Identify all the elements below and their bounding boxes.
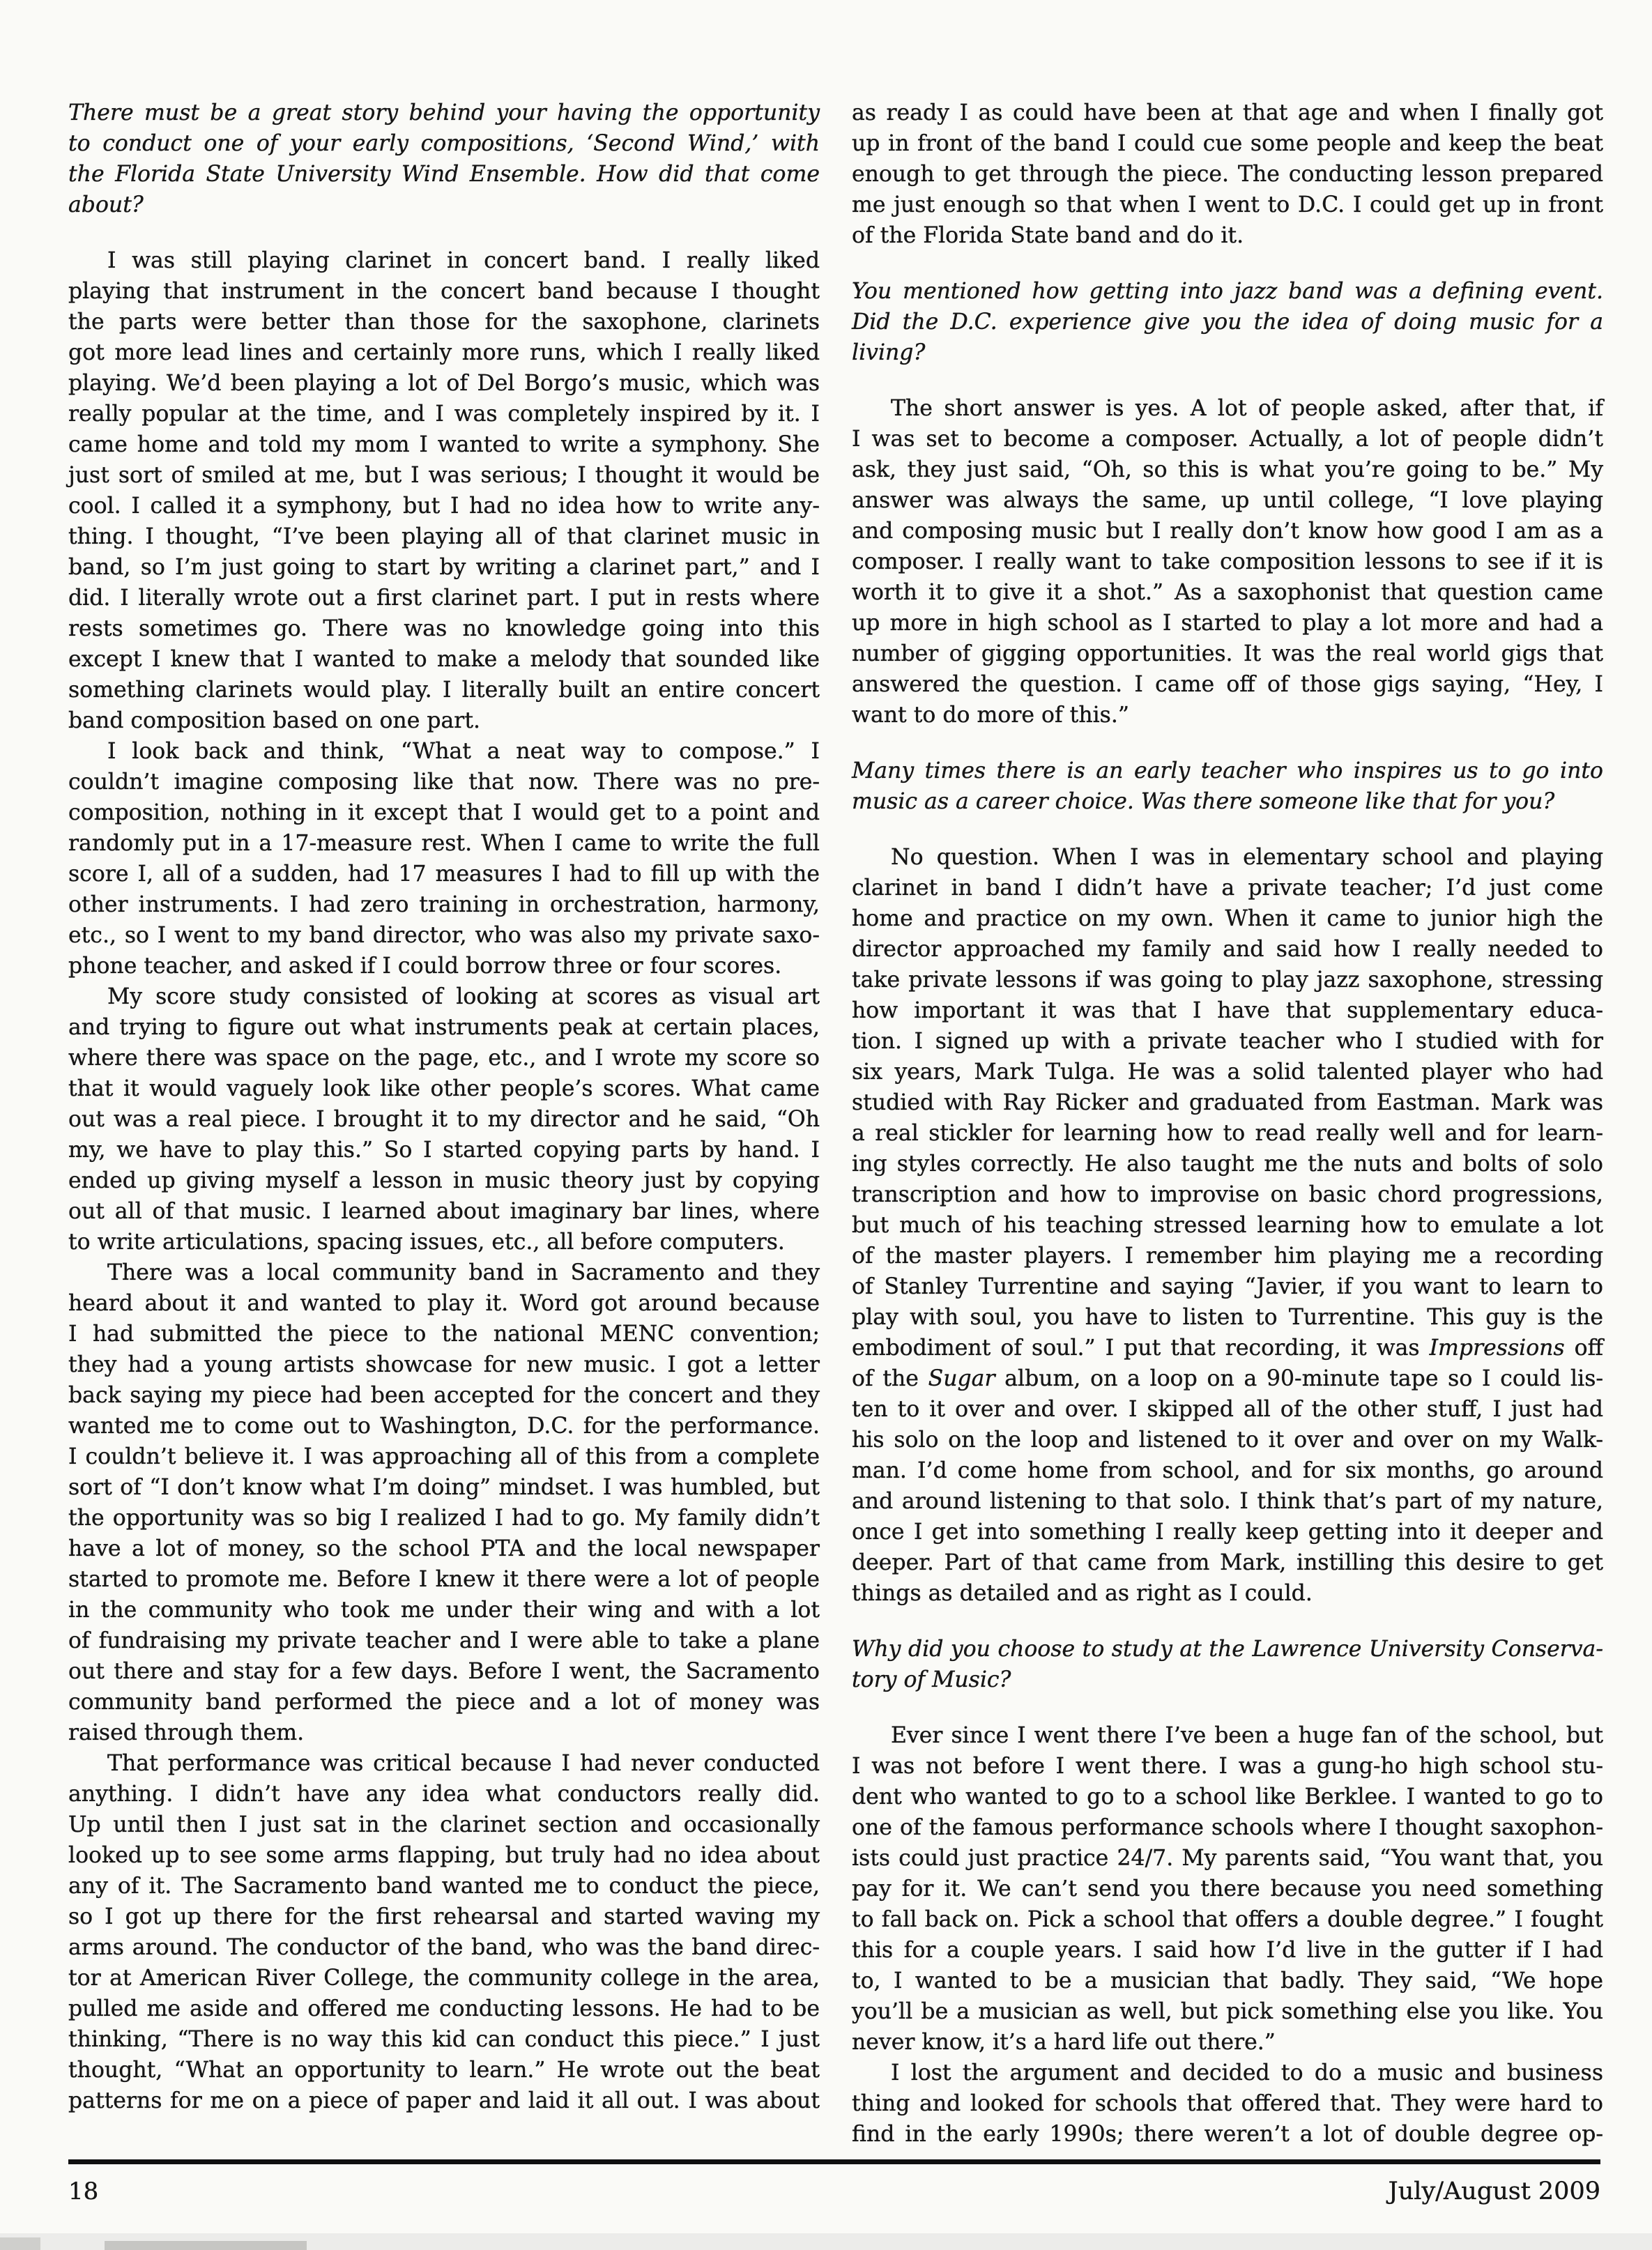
- text-line: rests sometimes go. There was no knowled…: [68, 613, 820, 644]
- text-line: how important it was that I have that su…: [852, 995, 1603, 1026]
- text-line: Ever since I went there I’ve been a huge…: [852, 1720, 1603, 1751]
- text-line: ing styles correctly. He also taught me …: [852, 1149, 1603, 1179]
- text-line: There was a local community band in Sacr…: [68, 1257, 820, 1288]
- text-line: The short answer is yes. A lot of people…: [852, 393, 1603, 424]
- text-line: music as a career choice. Was there some…: [852, 786, 1603, 817]
- text-line: thought, “What an opportunity to learn.”…: [68, 2055, 820, 2086]
- text-line: heard about it and wanted to play it. Wo…: [68, 1288, 820, 1319]
- text-line: ists could just practice 24/7. My parent…: [852, 1843, 1603, 1874]
- text-line: about?: [68, 190, 820, 220]
- text-line: There must be a great story behind your …: [68, 98, 820, 128]
- text-line: in the community who took me under their…: [68, 1595, 820, 1625]
- text-line: Up until then I just sat in the clarinet…: [68, 1809, 820, 1840]
- footer-rule: [68, 2159, 1600, 2164]
- text-line: and composing music but I really don’t k…: [852, 516, 1603, 546]
- interview-answer: That performance was critical because I …: [68, 1748, 820, 2116]
- text-line: to write articulations, spacing issues, …: [68, 1227, 820, 1257]
- interview-question: You mentioned how getting into jazz band…: [852, 276, 1603, 368]
- text-line: something clarinets would play. I litera…: [68, 675, 820, 705]
- interview-question: Many times there is an early teacher who…: [852, 756, 1603, 817]
- text-line: pulled me aside and offered me conductin…: [68, 1993, 820, 2024]
- text-line: living?: [852, 337, 1603, 368]
- text-line: composition, nothing in it except that I…: [68, 797, 820, 828]
- text-line: his solo on the loop and listened to it …: [852, 1425, 1603, 1455]
- text-line: they had a young artists showcase for ne…: [68, 1349, 820, 1380]
- interview-question: Why did you choose to study at the Lawre…: [852, 1634, 1603, 1695]
- text-line: the parts were better than those for the…: [68, 307, 820, 337]
- text-line: I look back and think, “What a neat way …: [68, 736, 820, 767]
- text-line: You mentioned how getting into jazz band…: [852, 276, 1603, 307]
- text-line: I had submitted the piece to the nationa…: [68, 1319, 820, 1349]
- text-line: got more lead lines and certainly more r…: [68, 337, 820, 368]
- text-line: thing and looked for schools that offere…: [852, 2088, 1603, 2119]
- footer-page-number: 18: [68, 2176, 98, 2207]
- footer-issue-date: July/August 2009: [1389, 2176, 1600, 2207]
- text-line: did. I literally wrote out a first clari…: [68, 583, 820, 613]
- text-line: out all of that music. I learned about i…: [68, 1196, 820, 1227]
- text-line: phone teacher, and asked if I could borr…: [68, 951, 820, 981]
- text-line: embodiment of soul.” I put that recordin…: [852, 1333, 1603, 1363]
- text-line: you’ll be a musician as well, but pick s…: [852, 1996, 1603, 2027]
- interview-answer: I was still playing clarinet in concert …: [68, 245, 820, 736]
- text-line: of fundraising my private teacher and I …: [68, 1625, 820, 1656]
- text-line: couldn’t imagine composing like that now…: [68, 767, 820, 797]
- text-line: one of the famous performance schools wh…: [852, 1812, 1603, 1843]
- text-line: enough to get through the piece. The con…: [852, 159, 1603, 190]
- text-line: band, so I’m just going to start by writ…: [68, 552, 820, 583]
- interview-answer: My score study consisted of looking at s…: [68, 981, 820, 1257]
- interview-answer: No question. When I was in elementary sc…: [852, 842, 1603, 1609]
- interview-answer: I lost the argument and decided to do a …: [852, 2058, 1603, 2150]
- text-line: transcription and how to improvise on ba…: [852, 1179, 1603, 1210]
- scan-artifact-smudge: [105, 2241, 307, 2250]
- text-line: back saying my piece had been accepted f…: [68, 1380, 820, 1411]
- text-line: to, I wanted to be a musician that badly…: [852, 1966, 1603, 1996]
- text-line: once I get into something I really keep …: [852, 1517, 1603, 1547]
- text-line: My score study consisted of looking at s…: [68, 981, 820, 1012]
- text-line: any of it. The Sacramento band wanted me…: [68, 1871, 820, 1901]
- text-line: patterns for me on a piece of paper and …: [68, 2086, 820, 2116]
- text-line: tion. I signed up with a private teacher…: [852, 1026, 1603, 1057]
- text-line: randomly put in a 17-measure rest. When …: [68, 828, 820, 859]
- text-line: worth it to give it a shot.” As a saxoph…: [852, 577, 1603, 608]
- interview-answer: There was a local community band in Sacr…: [68, 1257, 820, 1748]
- text-line: playing that instrument in the concert b…: [68, 276, 820, 307]
- text-line: pay for it. We can’t send you there beca…: [852, 1874, 1603, 1904]
- text-line: band composition based on one part.: [68, 705, 820, 736]
- text-line: arms around. The conductor of the band, …: [68, 1932, 820, 1963]
- text-line: of the Florida State band and do it.: [852, 220, 1603, 251]
- text-line: up more in high school as I started to p…: [852, 608, 1603, 638]
- text-line: score I, all of a sudden, had 17 measure…: [68, 859, 820, 889]
- text-line: came home and told my mom I wanted to wr…: [68, 429, 820, 460]
- text-line: director approached my family and said h…: [852, 934, 1603, 965]
- text-line: and around listening to that solo. I thi…: [852, 1486, 1603, 1517]
- text-line: ten to it over and over. I skipped all o…: [852, 1394, 1603, 1425]
- text-line: out there and stay for a few days. Befor…: [68, 1656, 820, 1687]
- text-line: wanted me to come out to Washington, D.C…: [68, 1411, 820, 1441]
- text-line: dent who wanted to go to a school like B…: [852, 1782, 1603, 1812]
- text-line: I was set to become a composer. Actually…: [852, 424, 1603, 454]
- text-line: home and practice on my own. When it cam…: [852, 903, 1603, 934]
- text-line: my, we have to play this.” So I started …: [68, 1135, 820, 1165]
- scan-artifact-smudge: [0, 2237, 40, 2250]
- interview-answer: The short answer is yes. A lot of people…: [852, 393, 1603, 730]
- text-line: ask, they just said, “Oh, so this is wha…: [852, 454, 1603, 485]
- text-line: ended up giving myself a lesson in music…: [68, 1165, 820, 1196]
- article-column-left: There must be a great story behind your …: [68, 98, 820, 2116]
- text-line: deeper. Part of that came from Mark, ins…: [852, 1547, 1603, 1578]
- text-line: number of gigging opportunities. It was …: [852, 638, 1603, 669]
- text-line: a real stickler for learning how to read…: [852, 1118, 1603, 1149]
- text-line: No question. When I was in elementary sc…: [852, 842, 1603, 873]
- text-line: so I got up there for the first rehearsa…: [68, 1901, 820, 1932]
- text-line: thing. I thought, “I’ve been playing all…: [68, 521, 820, 552]
- text-line: etc., so I went to my band director, who…: [68, 920, 820, 951]
- text-line: of the Sugar album, on a loop on a 90-mi…: [852, 1363, 1603, 1394]
- text-line: cool. I called it a symphony, but I had …: [68, 491, 820, 521]
- text-line: to fall back on. Pick a school that offe…: [852, 1904, 1603, 1935]
- text-line: thinking, “There is no way this kid can …: [68, 2024, 820, 2055]
- text-line: Many times there is an early teacher who…: [852, 756, 1603, 786]
- text-line: out was a real piece. I brought it to my…: [68, 1104, 820, 1135]
- text-line: anything. I didn’t have any idea what co…: [68, 1779, 820, 1809]
- text-line: as ready I as could have been at that ag…: [852, 98, 1603, 128]
- text-line: want to do more of this.”: [852, 700, 1603, 730]
- text-line: the opportunity was so big I realized I …: [68, 1503, 820, 1533]
- text-line: composer. I really want to take composit…: [852, 546, 1603, 577]
- text-line: just sort of smiled at me, but I was ser…: [68, 460, 820, 491]
- text-line: I was not before I went there. I was a g…: [852, 1751, 1603, 1782]
- text-line: I was still playing clarinet in concert …: [68, 245, 820, 276]
- text-line: things as detailed and as right as I cou…: [852, 1578, 1603, 1609]
- text-line: to conduct one of your early composition…: [68, 128, 820, 159]
- text-line: answered the question. I came off of tho…: [852, 669, 1603, 700]
- text-line: man. I’d come home from school, and for …: [852, 1455, 1603, 1486]
- text-line: really popular at the time, and I was co…: [68, 399, 820, 429]
- text-line: the Florida State University Wind Ensemb…: [68, 159, 820, 190]
- magazine-page: There must be a great story behind your …: [0, 0, 1652, 2250]
- text-line: raised through them.: [68, 1717, 820, 1748]
- interview-question: There must be a great story behind your …: [68, 98, 820, 220]
- text-line: Did the D.C. experience give you the ide…: [852, 307, 1603, 337]
- text-line: community band performed the piece and a…: [68, 1687, 820, 1717]
- interview-answer: I look back and think, “What a neat way …: [68, 736, 820, 981]
- text-line: That performance was critical because I …: [68, 1748, 820, 1779]
- text-line: looked up to see some arms flapping, but…: [68, 1840, 820, 1871]
- text-line: play with soul, you have to listen to Tu…: [852, 1302, 1603, 1333]
- text-line: find in the early 1990s; there weren’t a…: [852, 2119, 1603, 2150]
- text-line: except I knew that I wanted to make a me…: [68, 644, 820, 675]
- text-line: this for a couple years. I said how I’d …: [852, 1935, 1603, 1966]
- text-line: clarinet in band I didn’t have a private…: [852, 873, 1603, 903]
- text-line: take private lessons if was going to pla…: [852, 965, 1603, 995]
- interview-answer: as ready I as could have been at that ag…: [852, 98, 1603, 251]
- text-line: never know, it’s a hard life out there.”: [852, 2027, 1603, 2058]
- interview-answer: Ever since I went there I’ve been a huge…: [852, 1720, 1603, 2058]
- text-line: other instruments. I had zero training i…: [68, 889, 820, 920]
- text-line: up in front of the band I could cue some…: [852, 128, 1603, 159]
- text-line: sort of “I don’t know what I’m doing” mi…: [68, 1472, 820, 1503]
- text-line: studied with Ray Ricker and graduated fr…: [852, 1087, 1603, 1118]
- text-line: started to promote me. Before I knew it …: [68, 1564, 820, 1595]
- text-line: playing. We’d been playing a lot of Del …: [68, 368, 820, 399]
- text-line: six years, Mark Tulga. He was a solid ta…: [852, 1057, 1603, 1087]
- text-line: tory of Music?: [852, 1664, 1603, 1695]
- text-line: answer was always the same, up until col…: [852, 485, 1603, 516]
- text-line: of Stanley Turrentine and saying “Javier…: [852, 1271, 1603, 1302]
- text-line: me just enough so that when I went to D.…: [852, 190, 1603, 220]
- text-line: Why did you choose to study at the Lawre…: [852, 1634, 1603, 1664]
- article-column-right: as ready I as could have been at that ag…: [852, 98, 1603, 2150]
- text-line: but much of his teaching stressed learni…: [852, 1210, 1603, 1241]
- text-line: have a lot of money, so the school PTA a…: [68, 1533, 820, 1564]
- text-line: that it would vaguely look like other pe…: [68, 1073, 820, 1104]
- text-line: I lost the argument and decided to do a …: [852, 2058, 1603, 2088]
- text-line: of the master players. I remember him pl…: [852, 1241, 1603, 1271]
- text-line: I couldn’t believe it. I was approaching…: [68, 1441, 820, 1472]
- text-line: tor at American River College, the commu…: [68, 1963, 820, 1993]
- text-line: where there was space on the page, etc.,…: [68, 1043, 820, 1073]
- text-line: and trying to figure out what instrument…: [68, 1012, 820, 1043]
